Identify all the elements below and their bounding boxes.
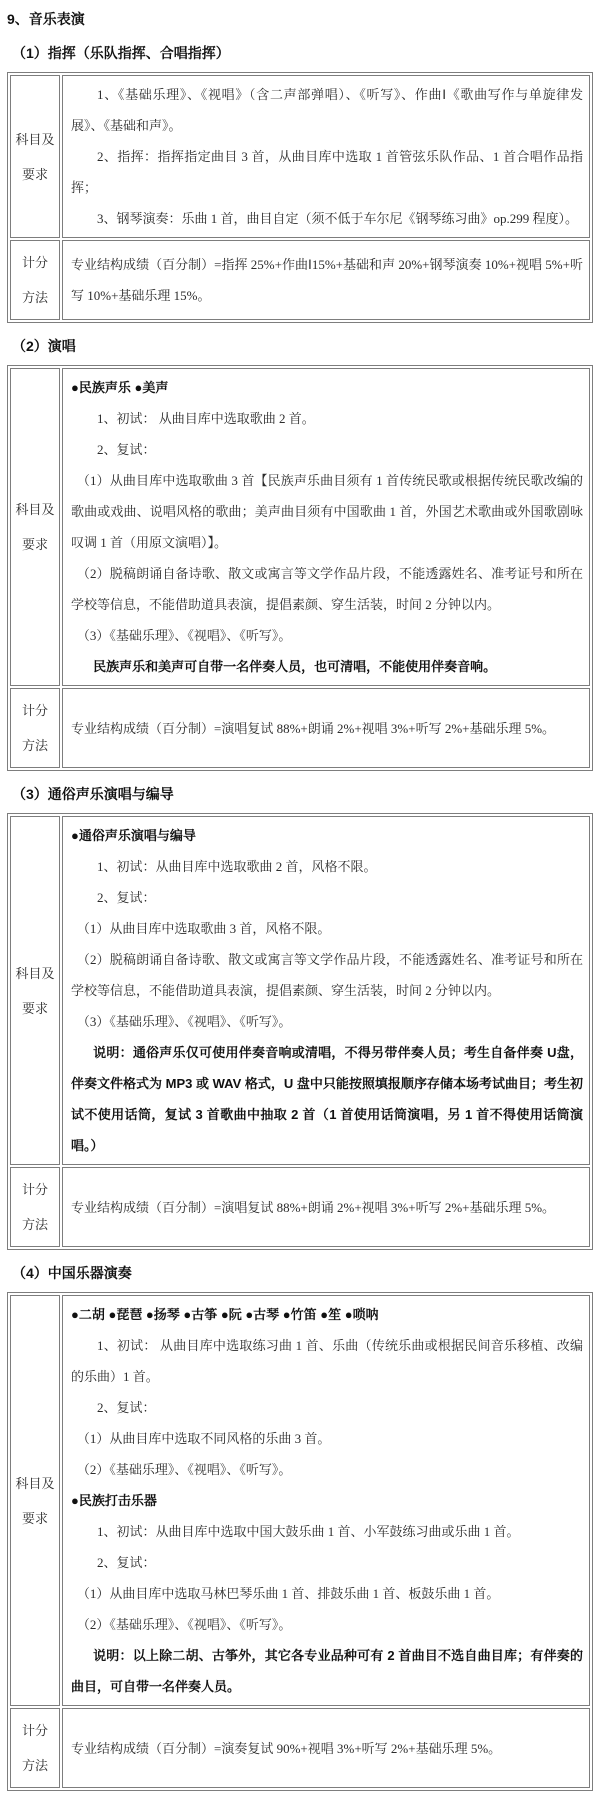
exam-section: （2）演唱 科目及 要求 ●民族声乐 ●美声1、初试： 从曲目库中选取歌曲 2 … bbox=[7, 336, 593, 771]
scoring-row: 计分 方法 专业结构成绩（百分制）=演奏复试 90%+视唱 3%+听写 2%+基… bbox=[10, 1708, 590, 1788]
requirements-content-cell: 1、《基础乐理》、《视唱》（含二声部弹唱）、《听写》、作曲Ⅰ《歌曲写作与单旋律发… bbox=[62, 75, 590, 238]
requirement-paragraph: （3）《基础乐理》、《视唱》、《听写》。 bbox=[71, 620, 583, 651]
subjects-label-cell: 科目及 要求 bbox=[10, 1295, 60, 1706]
scoring-content-cell: 专业结构成绩（百分制）=指挥 25%+作曲Ⅰ15%+基础和声 20%+钢琴演奏 … bbox=[62, 240, 590, 320]
scoring-text: 专业结构成绩（百分制）=演唱复试 88%+朗诵 2%+视唱 3%+听写 2%+基… bbox=[71, 1192, 583, 1223]
subjects-label-cell: 科目及 要求 bbox=[10, 816, 60, 1165]
scoring-label-cell: 计分 方法 bbox=[10, 1167, 60, 1247]
requirement-paragraph: ●通俗声乐演唱与编导 bbox=[71, 820, 583, 851]
requirement-paragraph: ●二胡 ●琵琶 ●扬琴 ●古筝 ●阮 ●古琴 ●竹笛 ●笙 ●唢呐 bbox=[71, 1299, 583, 1330]
section-heading: （3）通俗声乐演唱与编导 bbox=[12, 784, 593, 805]
requirement-paragraph: ●民族声乐 ●美声 bbox=[71, 372, 583, 403]
scoring-text: 专业结构成绩（百分制）=演唱复试 88%+朗诵 2%+视唱 3%+听写 2%+基… bbox=[71, 713, 583, 744]
requirement-paragraph: （1）从曲目库中选取不同风格的乐曲 3 首。 bbox=[71, 1423, 583, 1454]
scoring-label-cell: 计分 方法 bbox=[10, 1708, 60, 1788]
scoring-label-line1: 计分 bbox=[12, 693, 58, 728]
scoring-row: 计分 方法 专业结构成绩（百分制）=演唱复试 88%+朗诵 2%+视唱 3%+听… bbox=[10, 1167, 590, 1247]
subjects-row: 科目及 要求 1、《基础乐理》、《视唱》（含二声部弹唱）、《听写》、作曲Ⅰ《歌曲… bbox=[10, 75, 590, 238]
requirement-paragraph: （2）《基础乐理》、《视唱》、《听写》。 bbox=[71, 1454, 583, 1485]
requirement-paragraph: 1、初试：从曲目库中选取歌曲 2 首，风格不限。 bbox=[71, 851, 583, 882]
requirement-paragraph: （2）《基础乐理》、《视唱》、《听写》。 bbox=[71, 1609, 583, 1640]
requirement-paragraph: （1）从曲目库中选取马林巴琴乐曲 1 首、排鼓乐曲 1 首、板鼓乐曲 1 首。 bbox=[71, 1578, 583, 1609]
subjects-label-cell: 科目及 要求 bbox=[10, 75, 60, 238]
requirement-paragraph: 1、《基础乐理》、《视唱》（含二声部弹唱）、《听写》、作曲Ⅰ《歌曲写作与单旋律发… bbox=[71, 79, 583, 141]
exam-section: （1）指挥（乐队指挥、合唱指挥） 科目及 要求 1、《基础乐理》、《视唱》（含二… bbox=[7, 43, 593, 323]
subjects-row: 科目及 要求 ●通俗声乐演唱与编导1、初试：从曲目库中选取歌曲 2 首，风格不限… bbox=[10, 816, 590, 1165]
requirement-paragraph: 2、指挥：指挥指定曲目 3 首，从曲目库中选取 1 首管弦乐队作品、1 首合唱作… bbox=[71, 141, 583, 203]
requirement-paragraph: （2）脱稿朗诵自备诗歌、散文或寓言等文学作品片段，不能透露姓名、准考证号和所在学… bbox=[71, 944, 583, 1006]
scoring-content-cell: 专业结构成绩（百分制）=演唱复试 88%+朗诵 2%+视唱 3%+听写 2%+基… bbox=[62, 1167, 590, 1247]
scoring-text: 专业结构成绩（百分制）=演奏复试 90%+视唱 3%+听写 2%+基础乐理 5%… bbox=[71, 1733, 583, 1764]
subjects-row: 科目及 要求 ●民族声乐 ●美声1、初试： 从曲目库中选取歌曲 2 首。2、复试… bbox=[10, 368, 590, 686]
requirement-paragraph: 2、复试： bbox=[71, 882, 583, 913]
exam-table: 科目及 要求 1、《基础乐理》、《视唱》（含二声部弹唱）、《听写》、作曲Ⅰ《歌曲… bbox=[7, 72, 593, 323]
subjects-label-cell: 科目及 要求 bbox=[10, 368, 60, 686]
page-title: 9、音乐表演 bbox=[7, 8, 593, 30]
subjects-label-line2: 要求 bbox=[12, 991, 58, 1026]
requirement-paragraph: （2）脱稿朗诵自备诗歌、散文或寓言等文学作品片段，不能透露姓名、准考证号和所在学… bbox=[71, 558, 583, 620]
exam-table: 科目及 要求 ●民族声乐 ●美声1、初试： 从曲目库中选取歌曲 2 首。2、复试… bbox=[7, 365, 593, 771]
scoring-row: 计分 方法 专业结构成绩（百分制）=指挥 25%+作曲Ⅰ15%+基础和声 20%… bbox=[10, 240, 590, 320]
scoring-text: 专业结构成绩（百分制）=指挥 25%+作曲Ⅰ15%+基础和声 20%+钢琴演奏 … bbox=[71, 249, 583, 311]
requirement-paragraph: ●民族打击乐器 bbox=[71, 1485, 583, 1516]
requirement-paragraph: 民族声乐和美声可自带一名伴奏人员，也可清唱，不能使用伴奏音响。 bbox=[71, 651, 583, 682]
requirements-content-cell: ●民族声乐 ●美声1、初试： 从曲目库中选取歌曲 2 首。2、复试：（1）从曲目… bbox=[62, 368, 590, 686]
section-heading: （2）演唱 bbox=[12, 336, 593, 357]
requirements-content-cell: ●通俗声乐演唱与编导1、初试：从曲目库中选取歌曲 2 首，风格不限。2、复试：（… bbox=[62, 816, 590, 1165]
exam-section: （4）中国乐器演奏 科目及 要求 ●二胡 ●琵琶 ●扬琴 ●古筝 ●阮 ●古琴 … bbox=[7, 1263, 593, 1791]
subjects-label-line2: 要求 bbox=[12, 157, 58, 192]
requirement-paragraph: （1）从曲目库中选取歌曲 3 首【民族声乐曲目须有 1 首传统民歌或根据传统民歌… bbox=[71, 465, 583, 558]
requirement-paragraph: 2、复试： bbox=[71, 434, 583, 465]
subjects-label-line1: 科目及 bbox=[12, 1466, 58, 1501]
scoring-content-cell: 专业结构成绩（百分制）=演奏复试 90%+视唱 3%+听写 2%+基础乐理 5%… bbox=[62, 1708, 590, 1788]
scoring-label-cell: 计分 方法 bbox=[10, 240, 60, 320]
scoring-content-cell: 专业结构成绩（百分制）=演唱复试 88%+朗诵 2%+视唱 3%+听写 2%+基… bbox=[62, 688, 590, 768]
scoring-label-cell: 计分 方法 bbox=[10, 688, 60, 768]
section-heading: （4）中国乐器演奏 bbox=[12, 1263, 593, 1284]
scoring-label-line2: 方法 bbox=[12, 1207, 58, 1242]
exam-table: 科目及 要求 ●通俗声乐演唱与编导1、初试：从曲目库中选取歌曲 2 首，风格不限… bbox=[7, 813, 593, 1250]
subjects-label-line1: 科目及 bbox=[12, 122, 58, 157]
exam-table: 科目及 要求 ●二胡 ●琵琶 ●扬琴 ●古筝 ●阮 ●古琴 ●竹笛 ●笙 ●唢呐… bbox=[7, 1292, 593, 1791]
requirements-content-cell: ●二胡 ●琵琶 ●扬琴 ●古筝 ●阮 ●古琴 ●竹笛 ●笙 ●唢呐1、初试： 从… bbox=[62, 1295, 590, 1706]
scoring-label-line2: 方法 bbox=[12, 728, 58, 763]
subjects-label-line2: 要求 bbox=[12, 1501, 58, 1536]
requirement-paragraph: 2、复试： bbox=[71, 1392, 583, 1423]
subjects-label-line2: 要求 bbox=[12, 527, 58, 562]
scoring-label-line1: 计分 bbox=[12, 1713, 58, 1748]
requirement-paragraph: 2、复试： bbox=[71, 1547, 583, 1578]
requirement-paragraph: （1）从曲目库中选取歌曲 3 首，风格不限。 bbox=[71, 913, 583, 944]
requirement-paragraph: 1、初试：从曲目库中选取中国大鼓乐曲 1 首、小军鼓练习曲或乐曲 1 首。 bbox=[71, 1516, 583, 1547]
subjects-label-line1: 科目及 bbox=[12, 492, 58, 527]
section-heading: （1）指挥（乐队指挥、合唱指挥） bbox=[12, 43, 593, 64]
scoring-label-line2: 方法 bbox=[12, 280, 58, 315]
document-page: 9、音乐表演 （1）指挥（乐队指挥、合唱指挥） 科目及 要求 1、《基础乐理》、… bbox=[0, 0, 600, 1801]
requirement-paragraph: 说明：通俗声乐仅可使用伴奏音响或清唱，不得另带伴奏人员；考生自备伴奏 U盘，伴奏… bbox=[71, 1037, 583, 1161]
scoring-row: 计分 方法 专业结构成绩（百分制）=演唱复试 88%+朗诵 2%+视唱 3%+听… bbox=[10, 688, 590, 768]
sections-container: （1）指挥（乐队指挥、合唱指挥） 科目及 要求 1、《基础乐理》、《视唱》（含二… bbox=[7, 43, 593, 1791]
scoring-label-line1: 计分 bbox=[12, 1172, 58, 1207]
subjects-row: 科目及 要求 ●二胡 ●琵琶 ●扬琴 ●古筝 ●阮 ●古琴 ●竹笛 ●笙 ●唢呐… bbox=[10, 1295, 590, 1706]
requirement-paragraph: 1、初试： 从曲目库中选取歌曲 2 首。 bbox=[71, 403, 583, 434]
scoring-label-line2: 方法 bbox=[12, 1748, 58, 1783]
requirement-paragraph: 1、初试： 从曲目库中选取练习曲 1 首、乐曲（传统乐曲或根据民间音乐移植、改编… bbox=[71, 1330, 583, 1392]
requirement-paragraph: 说明：以上除二胡、古筝外，其它各专业品种可有 2 首曲目不选自曲目库；有伴奏的曲… bbox=[71, 1640, 583, 1702]
requirement-paragraph: （3）《基础乐理》、《视唱》、《听写》。 bbox=[71, 1006, 583, 1037]
scoring-label-line1: 计分 bbox=[12, 245, 58, 280]
requirement-paragraph: 3、钢琴演奏：乐曲 1 首，曲目自定（须不低于车尔尼《钢琴练习曲》op.299 … bbox=[71, 203, 583, 234]
subjects-label-line1: 科目及 bbox=[12, 956, 58, 991]
exam-section: （3）通俗声乐演唱与编导 科目及 要求 ●通俗声乐演唱与编导1、初试：从曲目库中… bbox=[7, 784, 593, 1250]
